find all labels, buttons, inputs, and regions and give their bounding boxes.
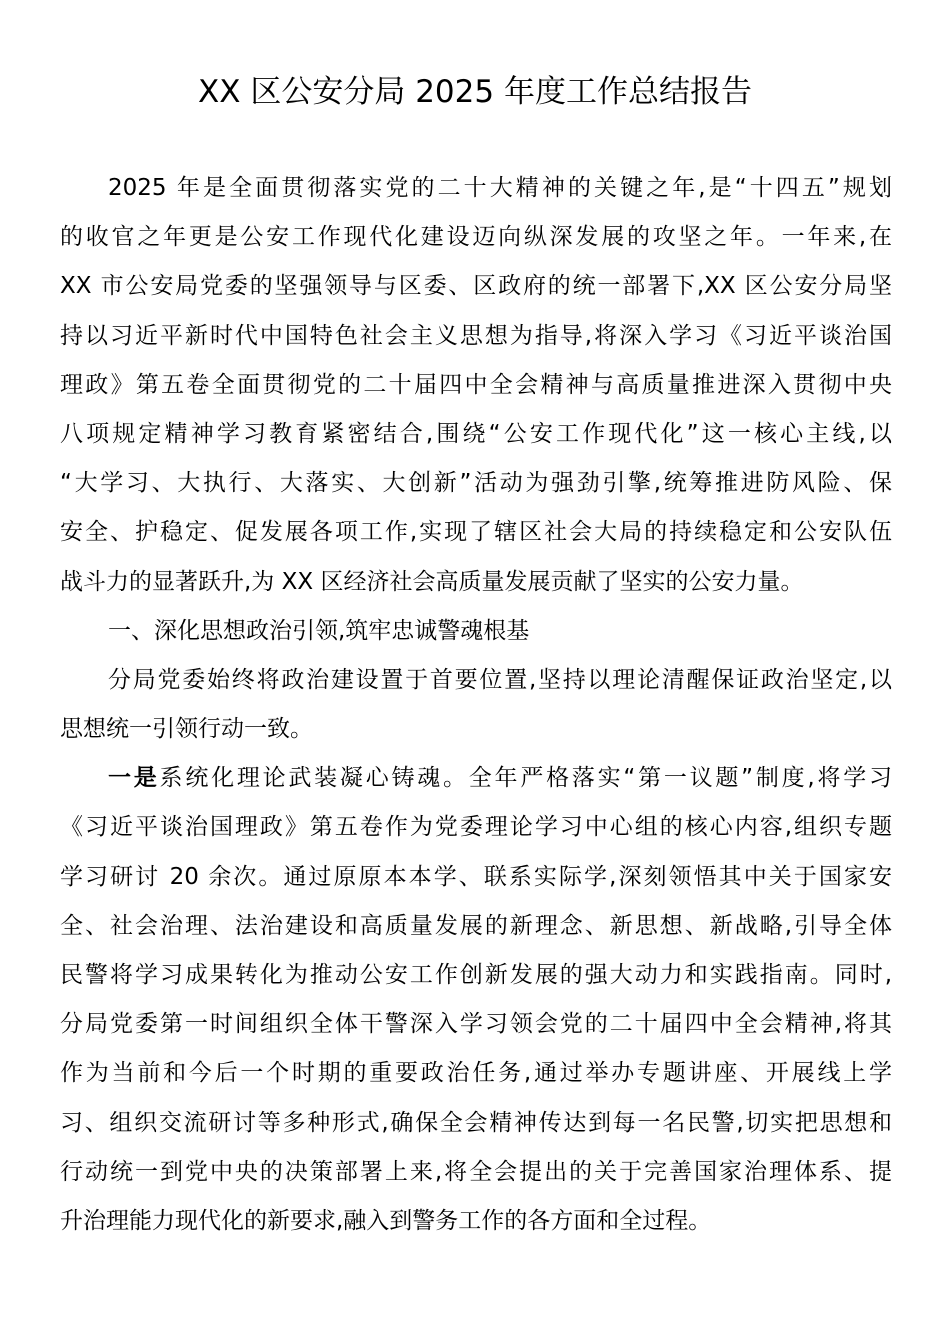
point-label: 一是: [108, 765, 160, 791]
intro-line: 八项规定精神学习教育紧密结合,围绕“公安工作现代化”这一核心主线,以: [60, 412, 892, 461]
document-body: 2025 年是全面贯彻落实党的二十大精神的关键之年,是“十四五”规划 的收官之年…: [60, 166, 892, 1248]
point-line: 行动统一到党中央的决策部署上来,将全会提出的关于完善国家治理体系、提: [60, 1150, 892, 1199]
intro-line: 持以习近平新时代中国特色社会主义思想为指导,将深入学习《习近平谈治国: [60, 314, 892, 363]
intro-line: 安全、护稳定、促发展各项工作,实现了辖区社会大局的持续稳定和公安队伍: [60, 510, 892, 559]
intro-line: 理政》第五卷全面贯彻党的二十届四中全会精神与高质量推进深入贯彻中央: [60, 363, 892, 412]
point-line: 全、社会治理、法治建设和高质量发展的新理念、新思想、新战略,引导全体: [60, 904, 892, 953]
intro-line: 战斗力的显著跃升,为 XX 区经济社会高质量发展贡献了坚实的公安力量。: [60, 560, 892, 609]
point-line: 习、组织交流研讨等多种形式,确保全会精神传达到每一名民警,切实把思想和: [60, 1101, 892, 1150]
point-line: 升治理能力现代化的新要求,融入到警务工作的各方面和全过程。: [60, 1199, 892, 1248]
point-line: 《习近平谈治国理政》第五卷作为党委理论学习中心组的核心内容,组织专题: [60, 805, 892, 854]
document-page: XX 区公安分局 2025 年度工作总结报告 2025 年是全面贯彻落实党的二十…: [0, 0, 950, 1344]
intro-line: XX 市公安局党委的坚强领导与区委、区政府的统一部署下,XX 区公安分局坚: [60, 264, 892, 313]
intro-line: 的收官之年更是公安工作现代化建设迈向纵深发展的攻坚之年。一年来,在: [60, 215, 892, 264]
intro-line: 2025 年是全面贯彻落实党的二十大精神的关键之年,是“十四五”规划: [60, 166, 892, 215]
section-heading: 一、深化思想政治引领,筑牢忠诚警魂根基: [60, 609, 892, 658]
intro-line: “大学习、大执行、大落实、大创新”活动为强劲引擎,统筹推进防风险、保: [60, 461, 892, 510]
document-title: XX 区公安分局 2025 年度工作总结报告: [0, 70, 950, 114]
point-line: 民警将学习成果转化为推动公安工作创新发展的强大动力和实践指南。同时,: [60, 953, 892, 1002]
point-line: 作为当前和今后一个时期的重要政治任务,通过举办专题讲座、开展线上学: [60, 1051, 892, 1100]
point-text: 系统化理论武装凝心铸魂。全年严格落实“第一议题”制度,将学习: [160, 765, 892, 791]
point-line: 学习研讨 20 余次。通过原原本本学、联系实际学,深刻领悟其中关于国家安: [60, 855, 892, 904]
section-intro-line: 分局党委始终将政治建设置于首要位置,坚持以理论清醒保证政治坚定,以: [60, 658, 892, 707]
point-line: 分局党委第一时间组织全体干警深入学习领会党的二十届四中全会精神,将其: [60, 1002, 892, 1051]
section-intro-line: 思想统一引领行动一致。: [60, 707, 892, 756]
point-first-line: 一是系统化理论武装凝心铸魂。全年严格落实“第一议题”制度,将学习: [60, 756, 892, 805]
